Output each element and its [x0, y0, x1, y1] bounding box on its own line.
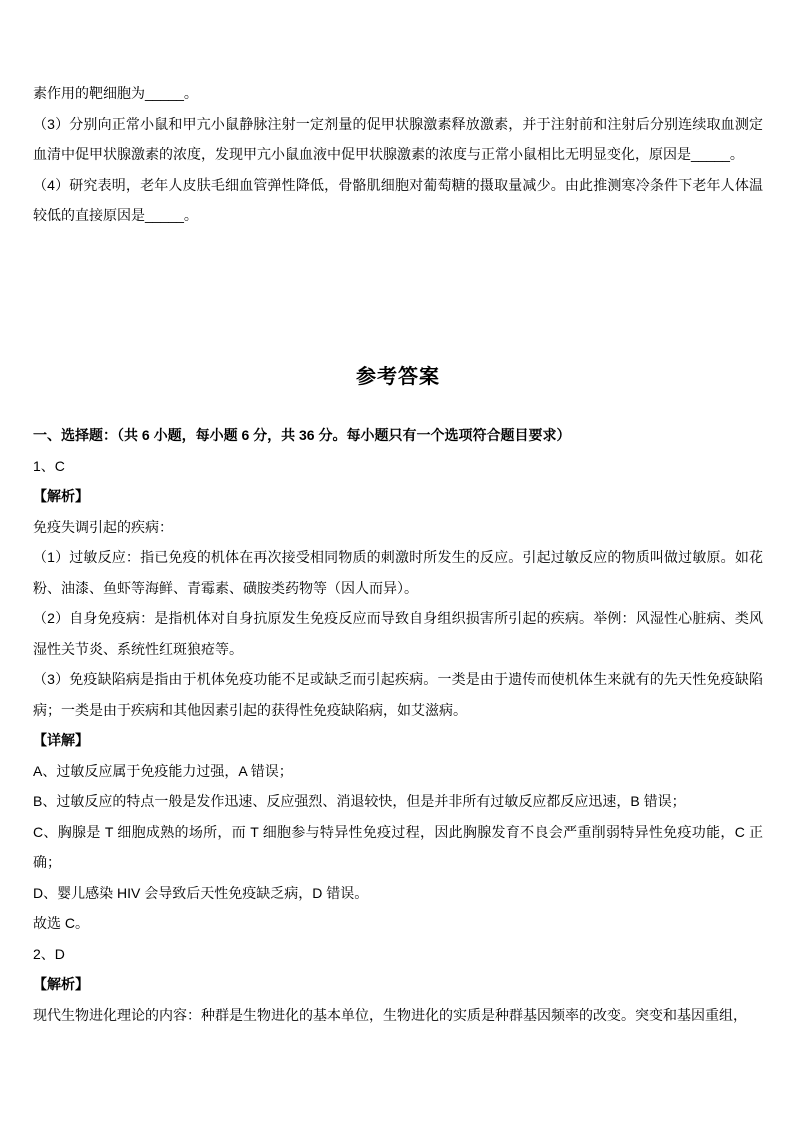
analysis-label-q1: 【解析】 [33, 481, 763, 512]
analysis-point-2: （2）自身免疫病：是指机体对自身抗原发生免疫反应而导致自身组织损害所引起的疾病。… [33, 603, 763, 664]
analysis-intro-q2: 现代生物进化理论的内容：种群是生物进化的基本单位，生物进化的实质是种群基因频率的… [33, 1000, 763, 1031]
detail-option-d: D、婴儿感染 HIV 会导致后天性免疫缺乏病，D 错误。 [33, 878, 763, 909]
detail-label-q1: 【详解】 [33, 725, 763, 756]
analysis-label-q2: 【解析】 [33, 969, 763, 1000]
question-section: 素作用的靶细胞为_____。 （3）分别向正常小鼠和甲亢小鼠静脉注射一定剂量的促… [33, 78, 763, 231]
question-paragraph-4: （4）研究表明，老年人皮肤毛细血管弹性降低，骨骼肌细胞对葡萄糖的摄取量减少。由此… [33, 170, 763, 231]
choice-section-header: 一、选择题：（共 6 小题，每小题 6 分，共 36 分。每小题只有一个选项符合… [33, 420, 763, 451]
detail-option-a: A、过敏反应属于免疫能力过强，A 错误； [33, 756, 763, 787]
question-paragraph-3: （3）分别向正常小鼠和甲亢小鼠静脉注射一定剂量的促甲状腺激素释放激素，并于注射前… [33, 109, 763, 170]
answer-q2: 2、D [33, 939, 763, 970]
detail-option-c: C、胸腺是 T 细胞成熟的场所，而 T 细胞参与特异性免疫过程，因此胸腺发育不良… [33, 817, 763, 878]
question-line-continuation: 素作用的靶细胞为_____。 [33, 78, 763, 109]
conclusion-q1: 故选 C。 [33, 908, 763, 939]
document-page: 素作用的靶细胞为_____。 （3）分别向正常小鼠和甲亢小鼠静脉注射一定剂量的促… [0, 0, 794, 1123]
answer-section: 一、选择题：（共 6 小题，每小题 6 分，共 36 分。每小题只有一个选项符合… [33, 420, 763, 1030]
analysis-intro-q1: 免疫失调引起的疾病： [33, 512, 763, 543]
analysis-point-3: （3）免疫缺陷病是指由于机体免疫功能不足或缺乏而引起疾病。一类是由于遗传而使机体… [33, 664, 763, 725]
detail-option-b: B、过敏反应的特点一般是发作迅速、反应强烈、消退较快，但是并非所有过敏反应都反应… [33, 786, 763, 817]
answer-q1: 1、C [33, 451, 763, 482]
answer-key-title: 参考答案 [33, 362, 763, 393]
analysis-point-1: （1）过敏反应：指已免疫的机体在再次接受相同物质的刺激时所发生的反应。引起过敏反… [33, 542, 763, 603]
